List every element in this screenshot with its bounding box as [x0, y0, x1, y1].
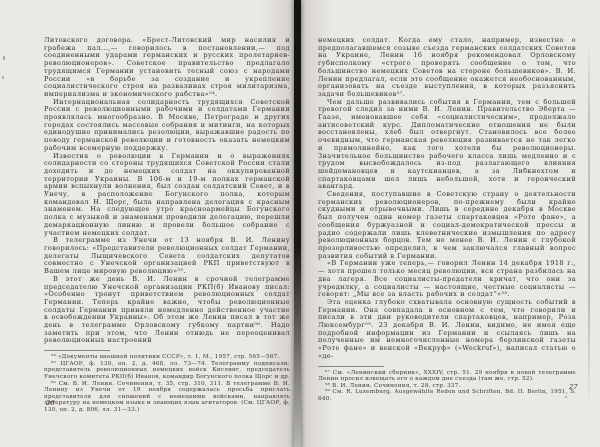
- body-paragraph: В этот же день В. И. Ленин в срочной тел…: [44, 276, 290, 345]
- scan-artifact: [3, 56, 5, 60]
- body-paragraph: Чем дальше развивались события в Германи…: [318, 99, 576, 191]
- body-paragraph: «В Германии уже теперь,— говорил Ленин 1…: [318, 260, 576, 299]
- scan-artifact: [2, 76, 4, 79]
- footnote-rule: [44, 350, 110, 351]
- body-paragraph: Интернациональная солидарность трудящихс…: [44, 99, 290, 153]
- book-spread-scan: Литовского договора. «Брест-Литовский ми…: [0, 0, 600, 447]
- body-paragraph: Литовского договора. «Брест-Литовский ми…: [44, 37, 290, 99]
- body-paragraph: Известия о революции в Германии и о выра…: [44, 153, 290, 238]
- body-paragraph: немецких солдат. Когда ему стало, наприм…: [318, 37, 576, 99]
- footnote: ⁵⁹ См. R. Luxemburg. Ausgewählte Reden u…: [318, 389, 576, 402]
- left-page: Литовского договора. «Брест-Литовский ми…: [44, 37, 290, 413]
- body-paragraph: Сведения, поступавшие в Советскую страну…: [318, 191, 576, 260]
- right-page: немецких солдат. Когда ему стало, наприм…: [318, 37, 576, 403]
- footnote: ⁵⁷ См. «Ленинский сборник», XXXIV, стр. …: [318, 370, 576, 383]
- page-number-right: 27: [569, 383, 578, 391]
- body-paragraph: В телеграмме из Унечи от 13 ноября В. И.…: [44, 237, 290, 276]
- page-number-left: 26: [46, 399, 55, 407]
- gutter-shading-right: [301, 0, 333, 447]
- scan-artifact: [565, 396, 567, 398]
- footnote: ⁵⁶ См. В. И. Ленин. Сочинения, т. 35, ст…: [44, 381, 290, 414]
- page-edge-line: [588, 40, 590, 412]
- footnote: ⁵⁵ ЦГАОР, ф. 130, оп. 2, д. 468, лл. 73—…: [44, 361, 290, 381]
- book-gutter-shadow: [294, 0, 301, 447]
- gutter-shading-left: [260, 0, 294, 447]
- footnote: ⁵⁴ «Документы внешней политики СССР», т.…: [44, 354, 290, 361]
- body-paragraph: Эта оценка глубоко схватывала основную с…: [318, 299, 576, 361]
